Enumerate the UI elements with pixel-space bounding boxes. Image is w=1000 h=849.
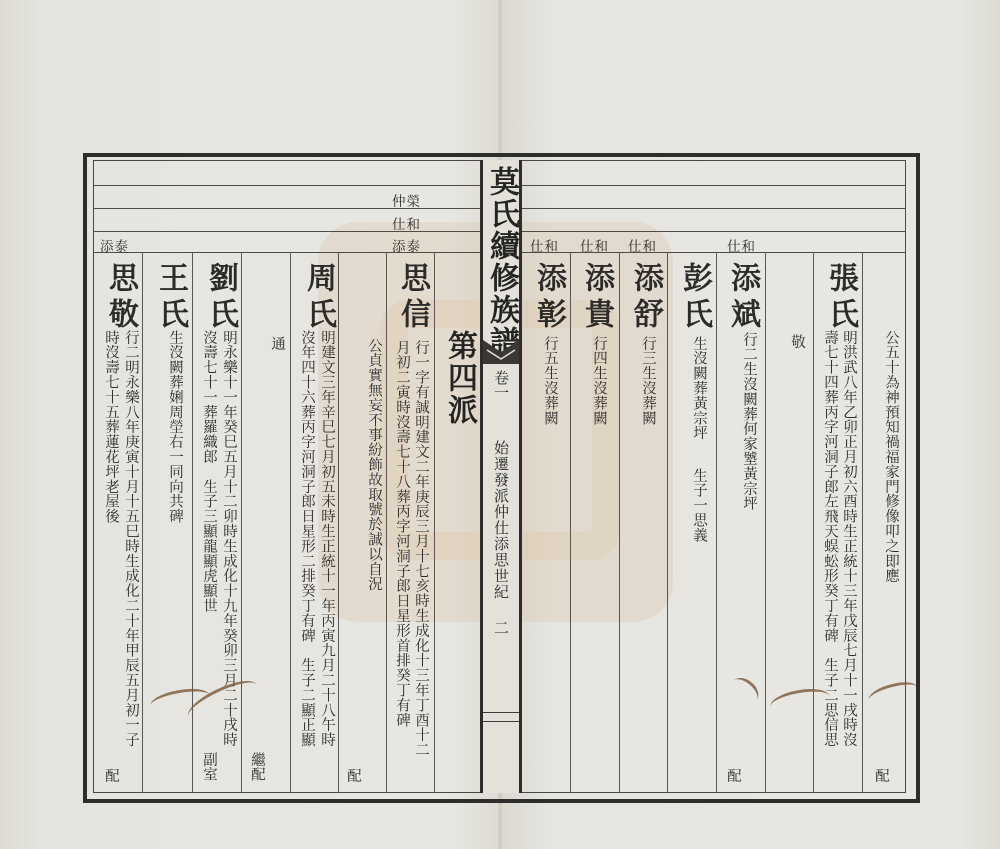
volume-label: 卷一 (487, 370, 515, 400)
header-left-row3-b: 添泰 (100, 235, 129, 255)
header-left-row3-a: 添泰 (392, 235, 421, 255)
col-divider (290, 252, 291, 793)
entry-line: 生沒闕葬黃宗坪 (690, 336, 708, 440)
entry-name: 添貴 (576, 262, 616, 334)
entry-line: 沒年四十六葬丙字河洞子郎日星形二排癸丁有碑 生子二顯正顯 (298, 330, 316, 790)
col-divider (386, 252, 387, 793)
entry-line: 行三生沒葬闕 (639, 336, 657, 425)
entry-line: 生沒闕葬娳周塋右一同向共碑 (166, 330, 184, 630)
entry-line: 通 (268, 336, 286, 351)
col-divider (862, 252, 863, 793)
fishtail-mark-icon (483, 340, 519, 364)
spine-band (483, 712, 519, 722)
col-divider (765, 252, 766, 793)
entry-line: 行二生沒闕葬何家㙱黃宗坪 (740, 332, 758, 511)
entry-line: 公貞實無妄不事紛飾故取號於誠以自況 (365, 338, 383, 598)
entry-line: 明建文三年辛巳七月初五未時生正統十一年丙寅九月二十八午時 (318, 330, 336, 790)
generation-label: 第四派 (440, 330, 478, 426)
entry-line: 行四生沒葬闕 (590, 336, 608, 425)
entry-line: 明洪武八年乙卯正月初六酉時生正統十三年戊辰七月十一戌時沒 (840, 330, 858, 790)
col-divider (338, 252, 339, 793)
col-divider (142, 252, 143, 793)
entry-line: 月初二寅時沒壽七十八葬丙字河洞子郎日星形首排癸丁有碑 (393, 340, 411, 790)
entry-name: 添舒 (625, 262, 665, 334)
header-right-3: 仕和 (628, 235, 657, 255)
entry-name: 張氏 (820, 262, 860, 334)
spouse-mark: 配 (102, 768, 120, 783)
entry-line: 時沒壽七十五葬蓮花坪老屋後 (102, 330, 120, 630)
entry-name: 王氏 (150, 262, 190, 334)
page-number: 二 (487, 620, 515, 635)
header-right-1: 仕和 (530, 235, 559, 255)
col-divider (667, 252, 668, 793)
entry-line: 行二明永樂八年庚寅十月十五巳時生成化二十年甲辰五月初一子 (122, 330, 140, 790)
spouse-mark: 配 (724, 768, 742, 783)
entry-name: 添斌 (722, 262, 762, 334)
spouse-mark: 繼配 (248, 752, 266, 782)
spouse-mark: 配 (344, 768, 362, 783)
entry-line: 敬 (788, 334, 806, 349)
header-left-row1: 仲榮 (392, 190, 421, 210)
concubine-note: 副室 (200, 752, 218, 782)
entry-name: 劉氏 (200, 262, 240, 334)
section-subtitle: 始遷發派仲仕添思世紀 (487, 440, 515, 600)
header-right-4: 仕和 (727, 235, 756, 255)
spouse-mark: 配 (872, 768, 890, 783)
entry-line: 行一字有誠明建文二年庚辰三月十七亥時生成化十三年丁酉十二 (412, 340, 430, 790)
annotation-line: 公五十為神預知禍福家門修像叩之即應 (882, 330, 900, 630)
col-divider (241, 252, 242, 793)
header-left-row2: 仕和 (392, 213, 421, 233)
col-divider (813, 252, 814, 793)
header-right-2: 仕和 (580, 235, 609, 255)
entry-line: 沒壽七十一葬羅織郎 生子三顯龍顯虎顯世 (200, 330, 218, 630)
entry-line: 行五生沒葬闕 (541, 336, 559, 425)
entry-line: 生子一思義 (690, 468, 708, 543)
col-divider (434, 252, 435, 793)
book-title: 莫氏續修族譜 (483, 166, 519, 358)
entry-name: 思信 (392, 262, 432, 334)
entry-name: 周氏 (298, 262, 338, 334)
col-divider (619, 252, 620, 793)
entry-name: 思敬 (100, 262, 140, 334)
entry-name: 添彰 (528, 262, 568, 334)
entry-name: 彭氏 (674, 262, 714, 334)
entry-line: 壽七十四葬丙字河洞子郎左飛天蜈蚣形癸丁有碑 生子二思信思 (821, 330, 839, 790)
col-divider (570, 252, 571, 793)
entry-line: 明永樂十一年癸巳五月十二卯時生成化十九年癸卯三月二十戌時 (220, 330, 238, 790)
col-divider (716, 252, 717, 793)
